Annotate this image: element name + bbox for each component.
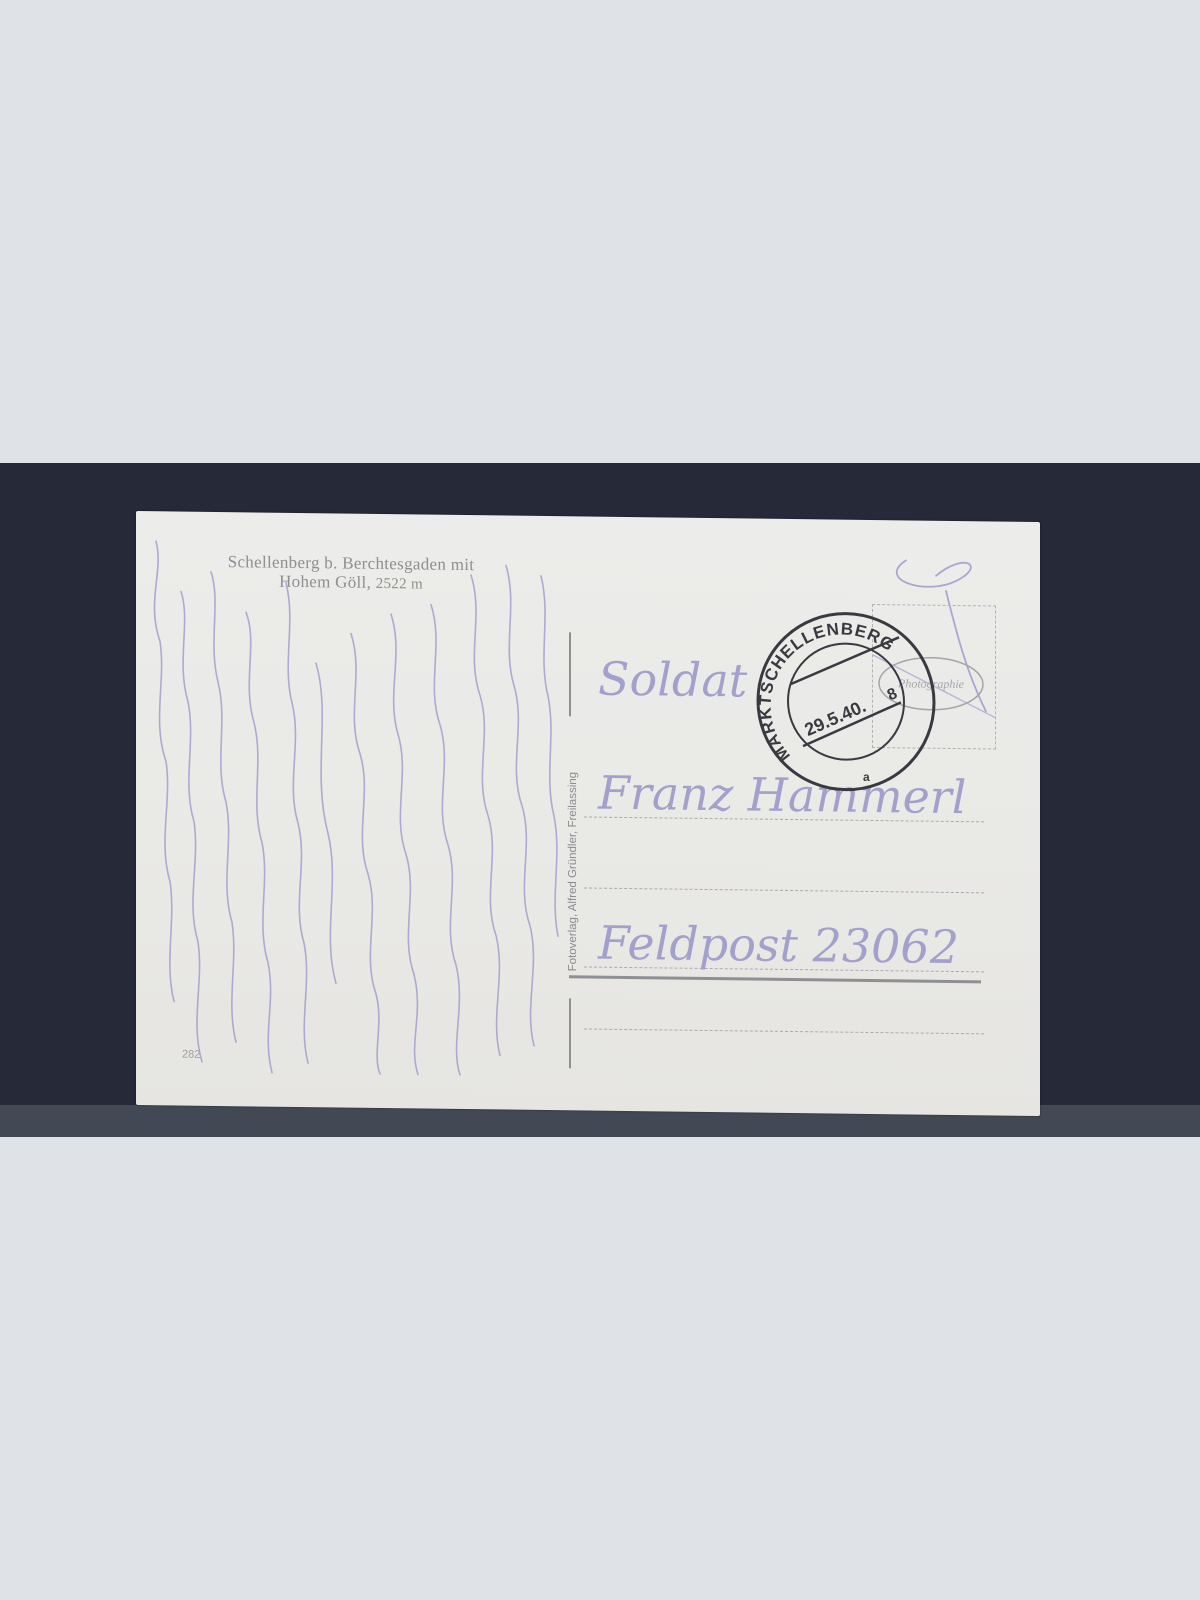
publisher-imprint: Fotoverlag, Alfred Gründler, Freilassing (567, 772, 579, 972)
address-rule-3 (584, 966, 984, 972)
divider-line-top (569, 632, 571, 716)
address-underline (569, 975, 981, 983)
postmark: MARKTSCHELLENBERG 29.5.40. 8 a (751, 606, 941, 798)
address-rule-1 (584, 816, 984, 822)
address-rule-2 (584, 887, 984, 893)
address-rule-4 (584, 1028, 984, 1034)
divider-line-bottom (569, 998, 571, 1068)
address-line-1: Soldat (598, 652, 748, 708)
caption-altitude: 2522 m (376, 576, 423, 593)
postmark-place: MARKTSCHELLENBERG (755, 618, 898, 767)
postmark-hour: 8 (885, 685, 900, 704)
postmark-date: 29.5.40. (801, 696, 869, 740)
address-line-3: Feldpost 23062 (597, 916, 959, 974)
caption-place: Hohem Göll, (279, 572, 371, 592)
caption-line-2: Hohem Göll, 2522 m (176, 570, 526, 595)
handwritten-message: Soldat Franz Hammerl Feldpost 23062 (136, 511, 1040, 1116)
svg-text:MARKTSCHELLENBERG: MARKTSCHELLENBERG (755, 618, 898, 767)
postcard-back: Schellenberg b. Berchtesgaden mit Hohem … (136, 511, 1040, 1116)
serial-number: 282 (182, 1049, 200, 1061)
postcard-caption: Schellenberg b. Berchtesgaden mit Hohem … (176, 551, 526, 595)
postmark-letter: a (863, 770, 870, 784)
